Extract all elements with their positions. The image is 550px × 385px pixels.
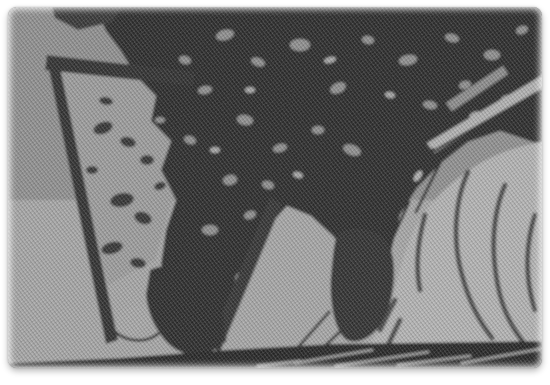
photograph bbox=[8, 7, 542, 368]
film-grain bbox=[8, 7, 542, 368]
photo-canvas bbox=[8, 7, 542, 368]
